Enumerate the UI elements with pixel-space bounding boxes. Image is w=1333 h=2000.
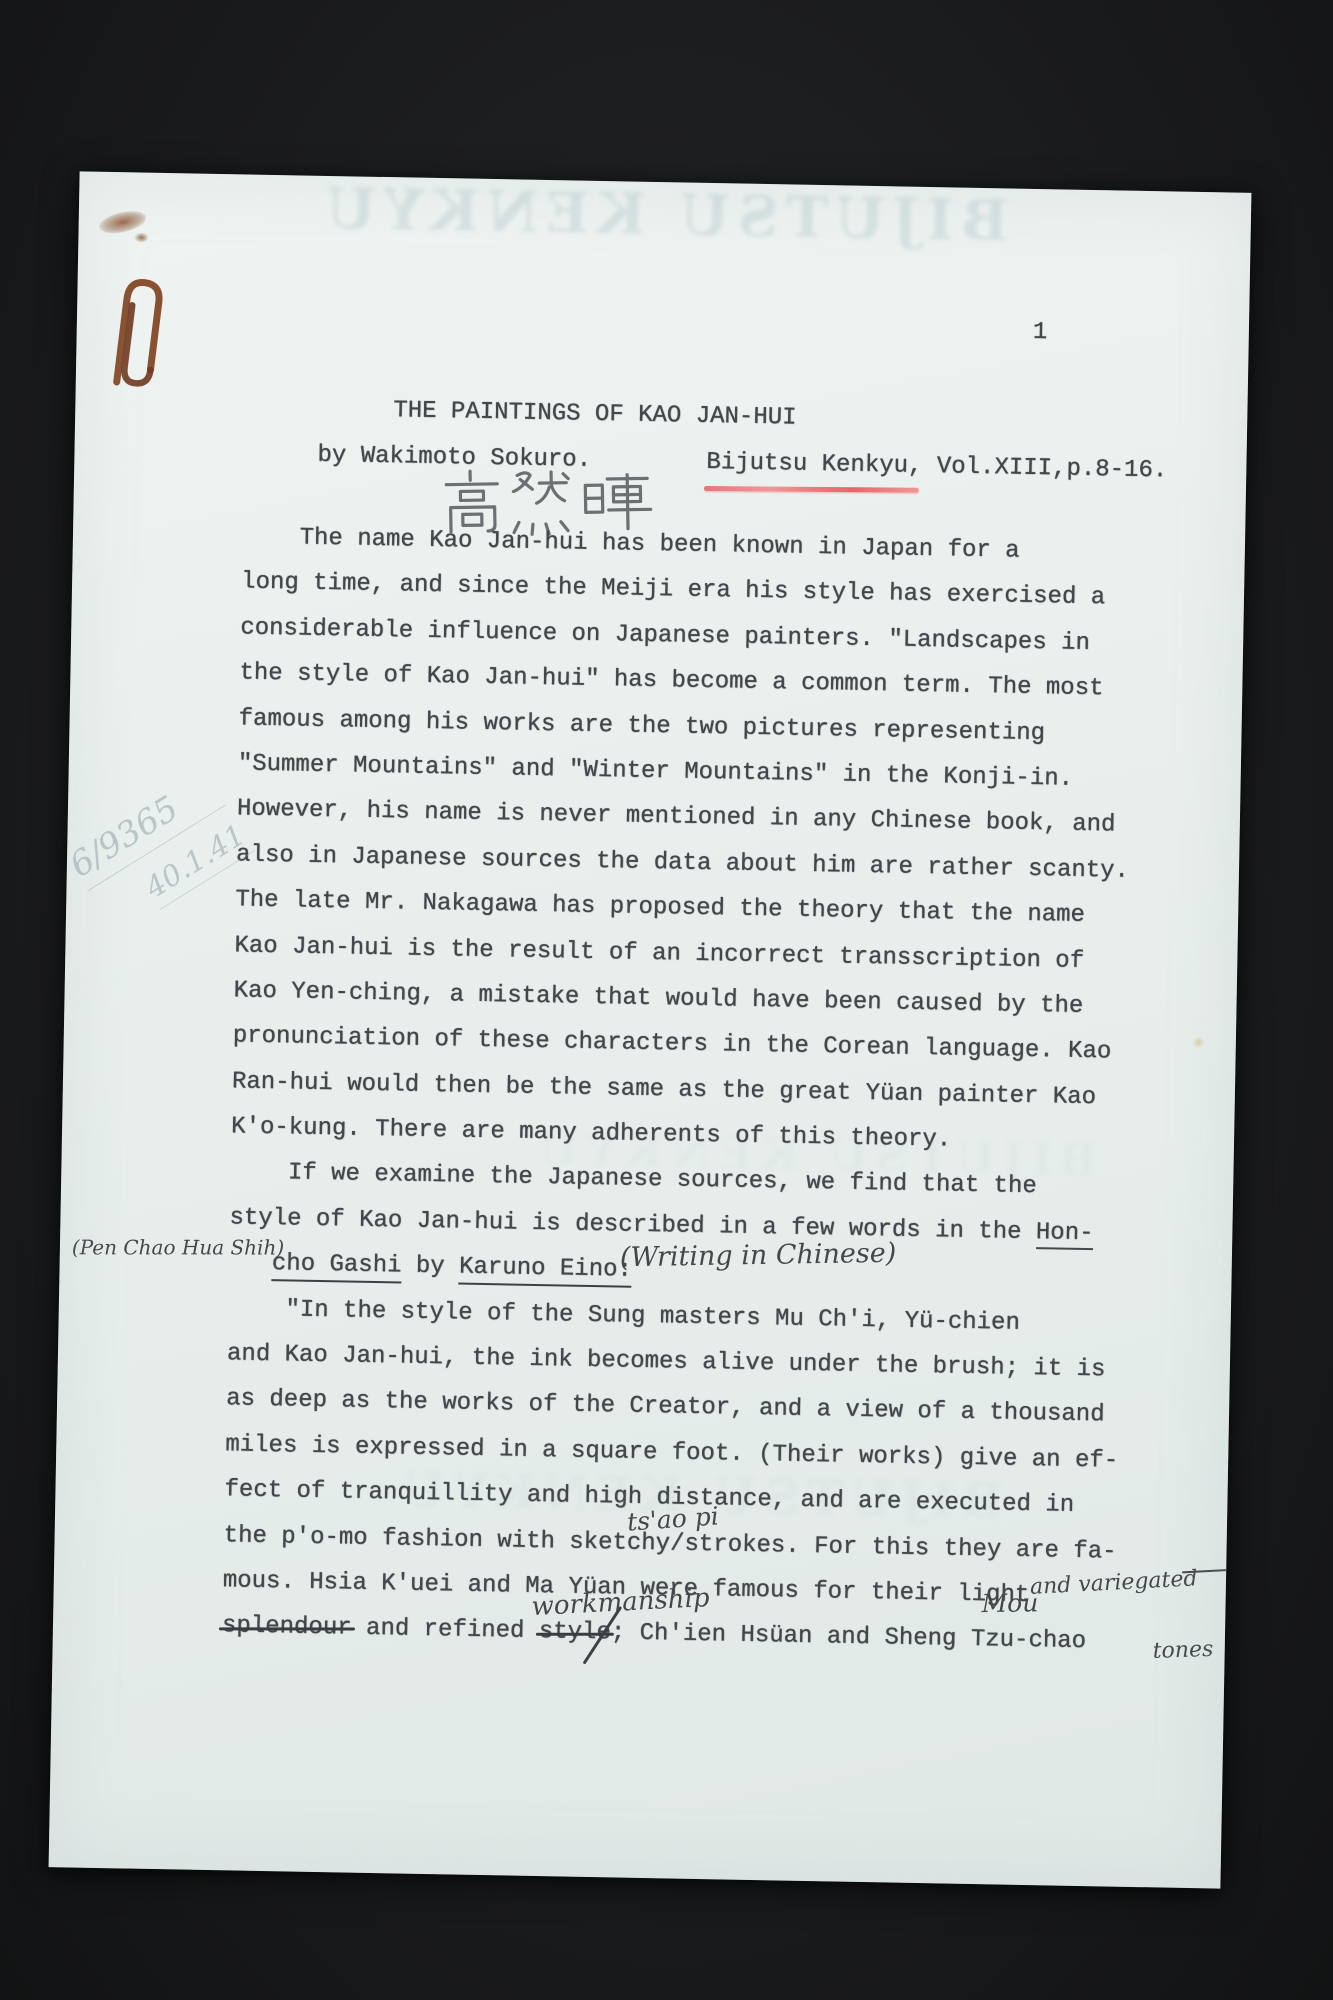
paperclip xyxy=(83,267,198,403)
bleed-through-text-top: BIJUTSU KENKYU xyxy=(318,176,1009,255)
page-number: 1 xyxy=(1033,319,1048,346)
struck-word-splendour: splendour xyxy=(222,1613,352,1642)
journal-citation: Bijutsu Kenkyu, Vol.XIII,p.8-16. xyxy=(706,449,1167,484)
typescript-paper-sheet: BIJUTSU KENKYU BIJUTSU KENKYU BIJUTSU KE… xyxy=(49,171,1252,1888)
citation-volume-pages: , Vol.XIII,p.8-16. xyxy=(908,453,1168,485)
line-text: ; Ch'ien Hsüan and Sheng Tzu-chao xyxy=(611,1620,1087,1656)
pencil-shelfmark: 6/9365 40.1.41 xyxy=(63,766,255,938)
handwritten-margin-note: (Pen Chao Hua Shih) xyxy=(72,1235,284,1259)
document-title: THE PAINTINGS OF KAO JAN-HUI xyxy=(393,397,797,431)
red-pencil-underline xyxy=(704,486,919,493)
handwritten-note-tones: tones xyxy=(1152,1637,1213,1664)
typed-body: The name Kao Jan-hui has been known in J… xyxy=(222,514,1163,1665)
handwritten-note-writing-in-chinese: (Writing in Chinese) xyxy=(620,1238,897,1274)
line-text: by xyxy=(401,1253,459,1281)
paper-stain xyxy=(1192,1037,1205,1048)
insertion-slash: / xyxy=(670,1530,685,1557)
line-text: the p'o-mo fashion with sketchy xyxy=(223,1522,670,1557)
struck-word-style: style xyxy=(539,1618,611,1646)
line-text: style of Kao Jan-hui is described in a f… xyxy=(229,1204,1036,1246)
underlined-title-cho-gashi: cho Gashi xyxy=(272,1250,402,1283)
rust-dot xyxy=(134,232,148,242)
photo-of-typescript-page: { "page_number": "1", "header": { "title… xyxy=(0,0,1333,2000)
line-text: and refined xyxy=(351,1615,539,1645)
underlined-name-karuno-eino: Karuno Eino: xyxy=(459,1254,632,1288)
underlined-word-hon: Hon- xyxy=(1036,1219,1094,1250)
citation-journal-name: Bijutsu Kenkyu xyxy=(706,449,908,480)
line-text: strokes. For this they are fa- xyxy=(684,1530,1117,1565)
paperclip-icon xyxy=(84,267,198,398)
